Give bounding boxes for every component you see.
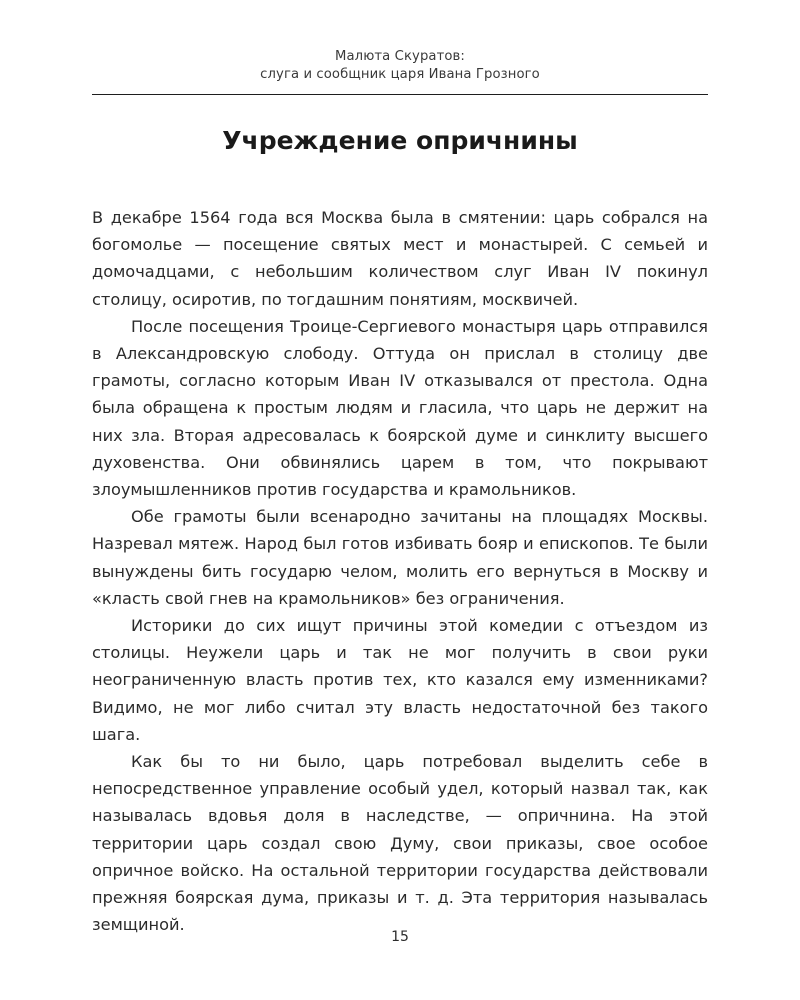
running-head-title-line: слуга и сообщник царя Ивана Грозного: [92, 66, 708, 84]
running-head-author-line: Малюта Скуратов:: [92, 48, 708, 66]
paragraph-2: После посещения Троице-Сергиевого монаст…: [92, 313, 708, 503]
header-rule-divider: [92, 94, 708, 95]
paragraph-4: Историки до сих ищут причины этой комеди…: [92, 612, 708, 748]
paragraph-5: Как бы то ни было, царь потребовал выдел…: [92, 748, 708, 938]
page-number: 15: [92, 929, 708, 945]
paragraph-3: Обе грамоты были всенародно зачитаны на …: [92, 503, 708, 612]
paragraph-1: В декабре 1564 года вся Москва была в см…: [92, 204, 708, 313]
body-text: В декабре 1564 года вся Москва была в см…: [92, 204, 708, 938]
chapter-title: Учреждение опричнины: [92, 124, 708, 158]
running-head: Малюта Скуратов: слуга и сообщник царя И…: [92, 48, 708, 84]
